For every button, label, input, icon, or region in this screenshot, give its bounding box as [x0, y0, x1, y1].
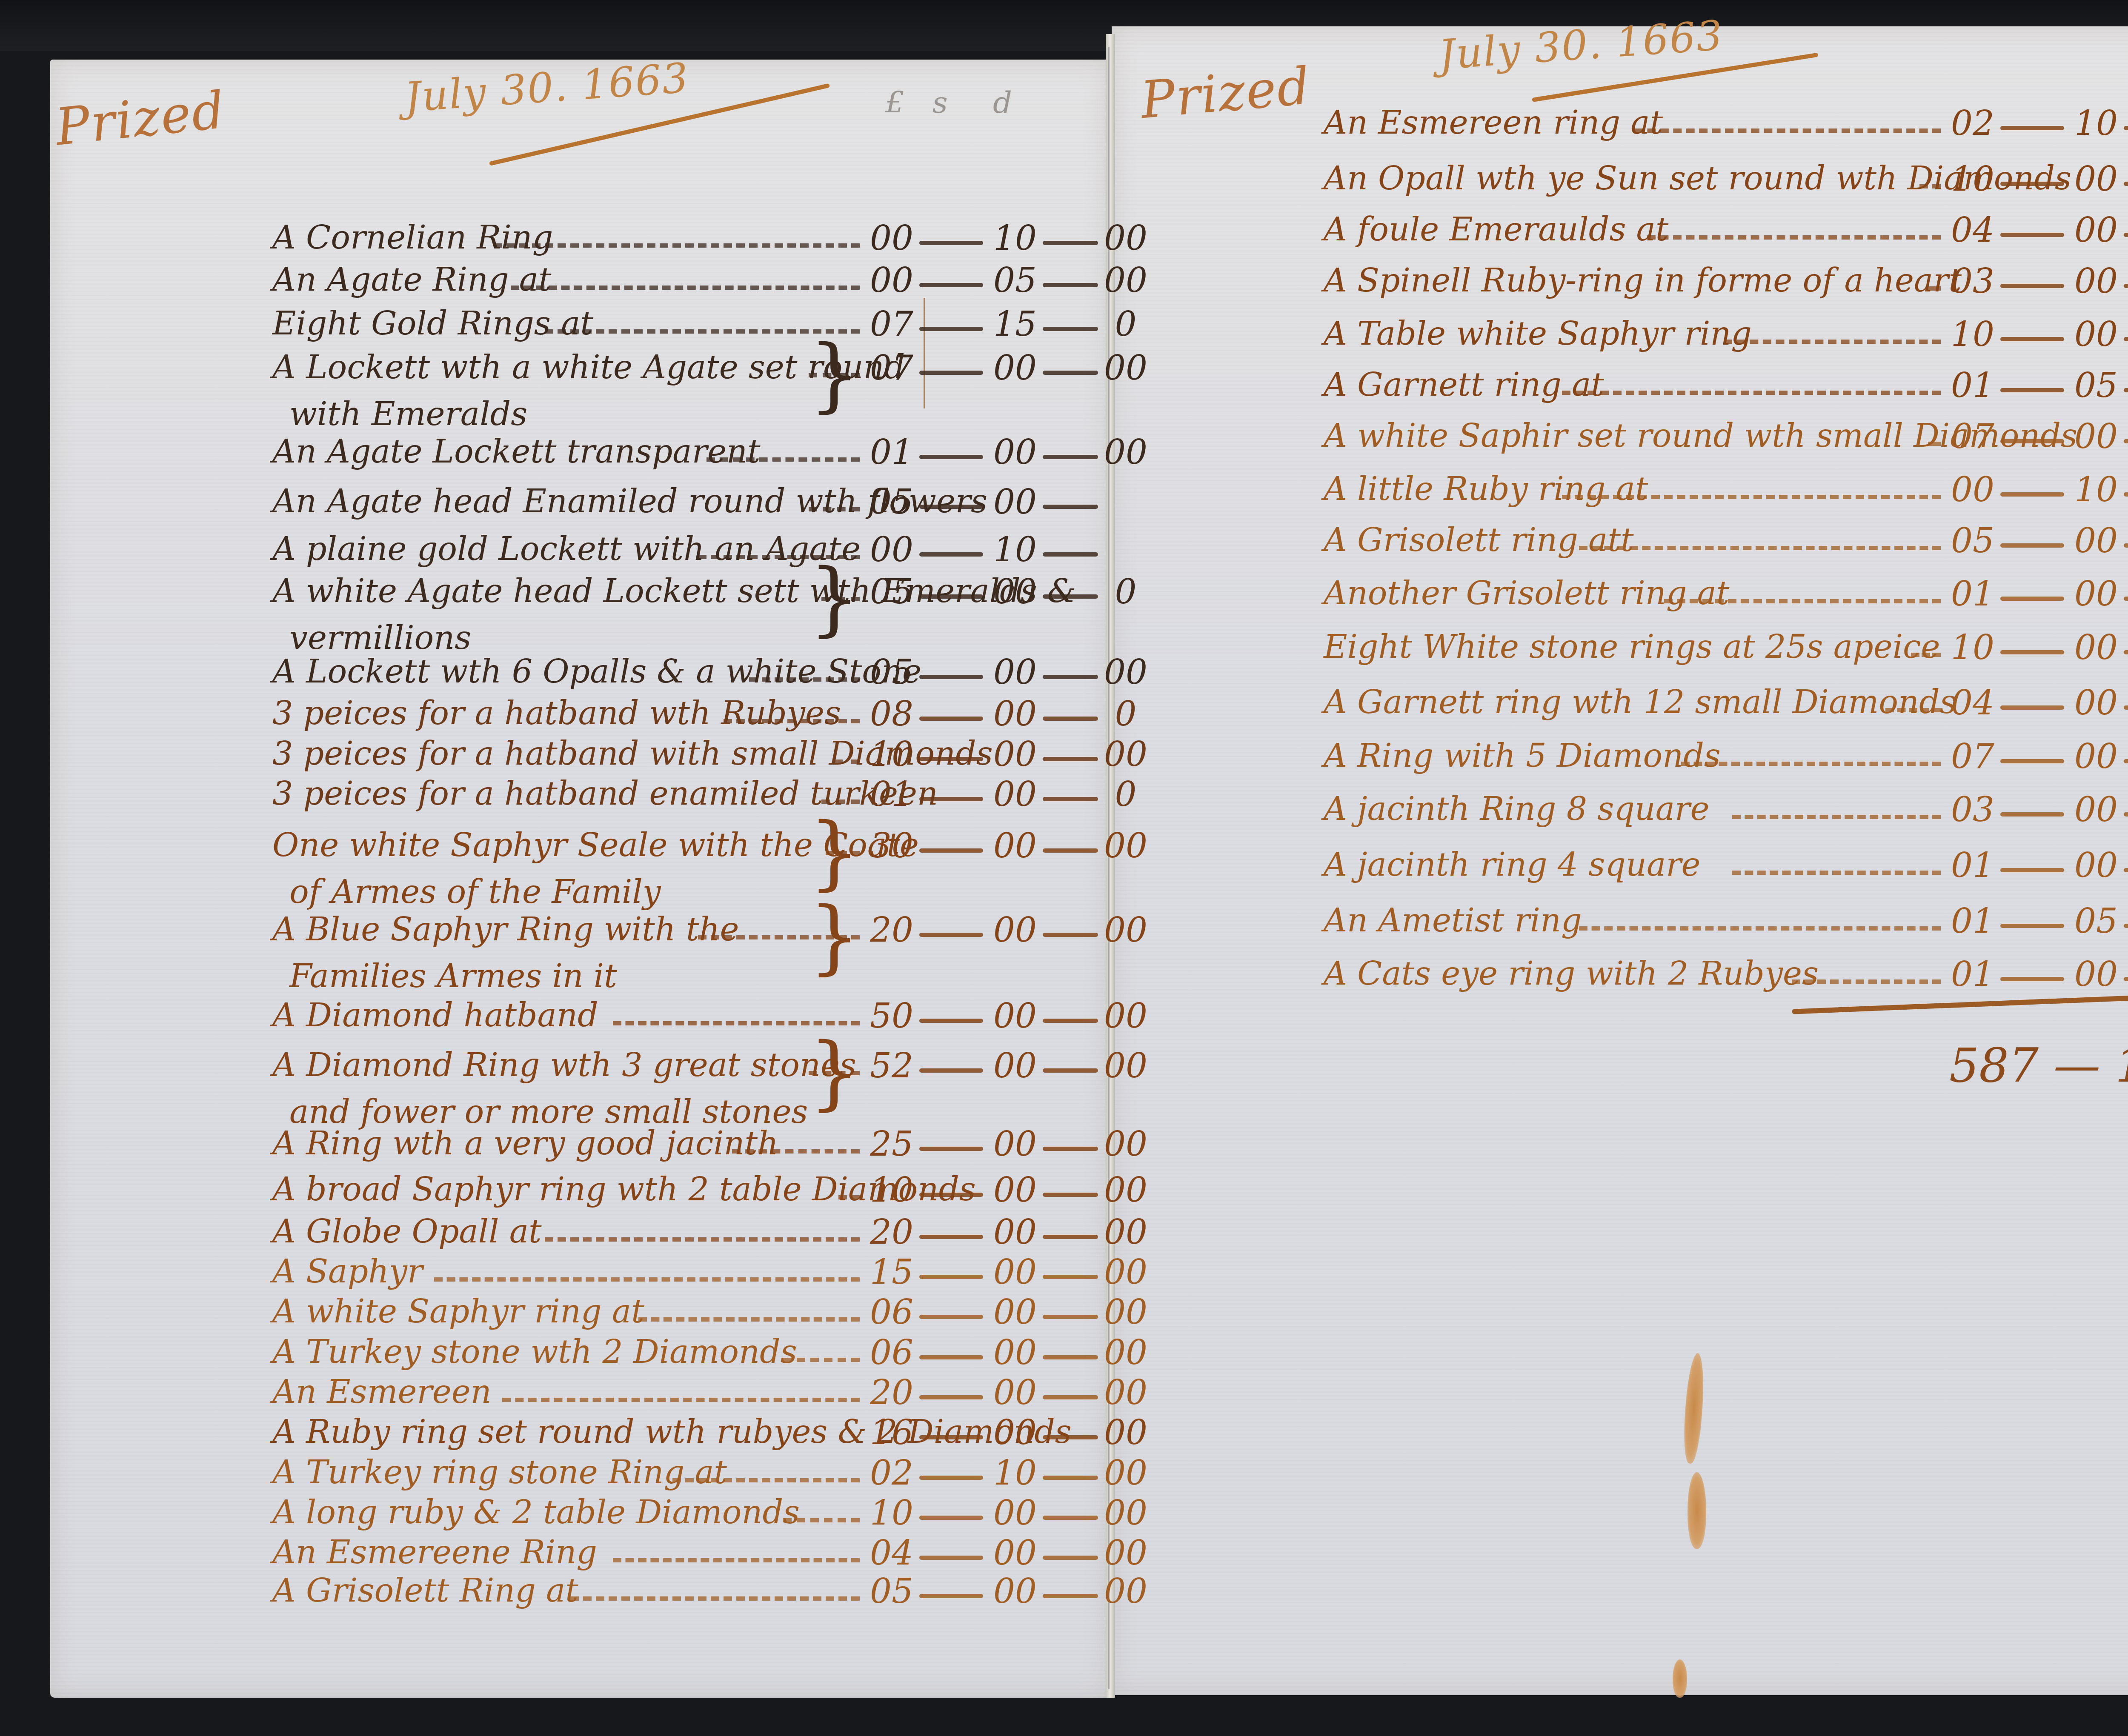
pounds-value: 20 [860, 1215, 924, 1249]
separator-dash [1043, 1476, 1098, 1480]
separator-dash [1043, 1193, 1098, 1197]
entry-description: 3 peices for a hatband wth Rubyes [272, 697, 841, 729]
pounds-value: 15 [860, 1255, 924, 1289]
pounds-value: 01 [860, 435, 924, 469]
separator-dash [919, 505, 983, 509]
entry-description: A Blue Saphyr Ring with the [272, 913, 739, 945]
leader-line [1732, 871, 1941, 875]
pence-value: 00 [1094, 1536, 1158, 1570]
pence-header: d [993, 85, 1013, 120]
separator-dash [2124, 650, 2128, 654]
entry-description: A Grisolett Ring at [272, 1574, 578, 1607]
pence-value: 00 [1094, 1336, 1158, 1370]
pounds-value: 52 [860, 1049, 924, 1083]
leader-line [638, 1317, 860, 1322]
separator-dash [919, 241, 983, 245]
separator-dash [2124, 492, 2128, 497]
separator-dash [2124, 812, 2128, 817]
pounds-value: 07 [860, 351, 924, 385]
pence-value: 00 [1094, 1127, 1158, 1161]
shillings-value: 00 [2064, 420, 2128, 454]
separator-dash [2124, 868, 2128, 872]
leader-line [783, 1358, 860, 1362]
shillings-value: 00 [983, 1173, 1047, 1207]
separator-dash [2124, 759, 2128, 763]
left-lsd-header: £ s d [885, 85, 1013, 120]
separator-dash [919, 552, 983, 557]
shillings-value: 00 [983, 913, 1047, 947]
entry-description-continued: vermillions [289, 622, 471, 654]
separator-dash [919, 1019, 983, 1023]
entry-description: A Diamond Ring wth 3 great stones [272, 1049, 856, 1081]
pounds-value: 10 [1941, 162, 2005, 196]
shillings-value: 00 [2064, 264, 2128, 298]
separator-dash [2000, 492, 2064, 497]
shillings-value: 00 [983, 435, 1047, 469]
pence-value: 00 [1094, 1255, 1158, 1289]
inventory-entry: A Lockett wth a white Agate set roundwit… [272, 351, 1081, 415]
entry-description: A Garnett ring wth 12 small Diamonds [1324, 686, 1956, 718]
entry-description: A Saphyr [272, 1255, 423, 1288]
leader-line [1634, 128, 1941, 133]
shillings-value: 00 [983, 697, 1047, 731]
entry-description: A long ruby & 2 table Diamonds [272, 1496, 800, 1528]
pounds-value: 10 [860, 737, 924, 771]
separator-dash [2000, 439, 2064, 443]
shillings-value: 15 [983, 307, 1047, 341]
shillings-header: s [932, 85, 949, 120]
pence-value: 0 [1094, 777, 1158, 811]
leader-line [1647, 235, 1941, 240]
separator-dash [1043, 371, 1098, 375]
shillings-value: 10 [2064, 106, 2128, 140]
pounds-value: 25 [860, 1127, 924, 1161]
pounds-value: 03 [1941, 793, 2005, 827]
inventory-entry: A Diamond Ring wth 3 great stonesand fow… [272, 1049, 1081, 1113]
entry-description: An Esmereen ring at [1324, 106, 1663, 139]
ink-stain [1673, 1659, 1687, 1698]
pounds-value: 16 [860, 1416, 924, 1450]
pence-value: 0 [1094, 307, 1158, 341]
separator-dash [919, 1395, 983, 1399]
pence-value: 00 [1094, 1215, 1158, 1249]
shillings-value: 00 [983, 1416, 1047, 1450]
leader-line [821, 597, 860, 601]
separator-dash [1043, 1068, 1098, 1073]
entry-description-continued: and fower or more small stones [289, 1096, 808, 1128]
separator-dash [919, 717, 983, 721]
separator-dash [2124, 977, 2128, 981]
shillings-value: 10 [2064, 473, 2128, 507]
separator-dash [2000, 182, 2064, 186]
pence-value: 00 [1094, 655, 1158, 689]
pounds-value: 01 [1941, 577, 2005, 611]
shillings-value: 00 [983, 655, 1047, 689]
leader-line [545, 1237, 860, 1242]
separator-dash [919, 757, 983, 761]
entry-description: A jacinth Ring 8 square [1324, 793, 1709, 825]
leader-line [706, 457, 860, 462]
pounds-value: 01 [860, 777, 924, 811]
separator-dash [919, 1235, 983, 1239]
shillings-value: 00 [2064, 524, 2128, 558]
grand-total: 587 — 15 — 00 [1949, 1038, 2128, 1093]
separator-dash [2000, 759, 2064, 763]
pounds-value: 05 [1941, 524, 2005, 558]
shillings-value: 00 [983, 575, 1047, 609]
separator-dash [919, 1435, 983, 1439]
separator-dash [1043, 1435, 1098, 1439]
entry-description: An Agate Lockett transparent [272, 435, 760, 468]
separator-dash [919, 1315, 983, 1319]
pounds-value: 00 [860, 263, 924, 297]
separator-dash [919, 1068, 983, 1073]
pence-value: 0 [1094, 697, 1158, 731]
separator-dash [1043, 1235, 1098, 1239]
leader-line [1732, 815, 1941, 819]
separator-dash [1043, 1275, 1098, 1279]
entry-description-continued: with Emeralds [289, 398, 527, 430]
pence-value: 00 [1094, 435, 1158, 469]
separator-dash [919, 1193, 983, 1197]
entry-description-continued: Families Armes in it [289, 960, 617, 992]
separator-dash [1043, 1395, 1098, 1399]
leader-line [1911, 653, 1941, 657]
leader-line [834, 759, 860, 764]
leader-line [1562, 391, 1941, 395]
leader-line [494, 243, 860, 248]
separator-dash [2000, 337, 2064, 341]
separator-dash [1043, 1147, 1098, 1151]
leader-line [783, 1518, 860, 1522]
shillings-value: 05 [2064, 904, 2128, 938]
entry-description: A Turkey stone wth 2 Diamonds [272, 1336, 797, 1368]
pence-value: 00 [1094, 737, 1158, 771]
entry-description: A Table white Saphyr ring [1324, 317, 1752, 350]
pence-value: 00 [1094, 999, 1158, 1033]
entry-description: An Esmereen [272, 1376, 492, 1408]
separator-dash [1043, 797, 1098, 801]
leader-line [502, 1398, 860, 1402]
separator-dash [919, 1275, 983, 1279]
pounds-value: 07 [860, 307, 924, 341]
separator-dash [2124, 924, 2128, 928]
separator-dash [919, 594, 983, 599]
pounds-value: 00 [1941, 473, 2005, 507]
leader-line [613, 1558, 860, 1562]
separator-dash [2000, 705, 2064, 710]
leader-line [724, 719, 860, 723]
separator-dash [2000, 233, 2064, 237]
shillings-value: 00 [2064, 740, 2128, 774]
separator-dash [919, 1516, 983, 1520]
shillings-value: 00 [2064, 957, 2128, 991]
separator-dash [2124, 597, 2128, 601]
separator-dash [1043, 594, 1098, 599]
separator-dash [2000, 126, 2064, 130]
entry-description: A Diamond hatband [272, 999, 598, 1031]
entry-description: A Grisolett ring att [1324, 524, 1633, 556]
shillings-value: 00 [983, 1255, 1047, 1289]
shillings-value: 00 [983, 1376, 1047, 1410]
pounds-value: 01 [1941, 848, 2005, 882]
entry-description: Another Grisolett ring at [1324, 577, 1729, 609]
shillings-value: 00 [2064, 686, 2128, 720]
pounds-value: 10 [860, 1496, 924, 1530]
separator-dash [919, 1355, 983, 1359]
leader-line [732, 1149, 860, 1154]
shillings-value: 10 [983, 221, 1047, 255]
shillings-value: 10 [983, 1456, 1047, 1490]
shillings-value: 00 [983, 1574, 1047, 1608]
shillings-value: 05 [983, 263, 1047, 297]
leader-line [809, 373, 860, 377]
separator-dash [1043, 1355, 1098, 1359]
separator-dash [919, 848, 983, 853]
pounds-value: 30 [860, 829, 924, 863]
shillings-value: 00 [2064, 631, 2128, 665]
separator-dash [2124, 439, 2128, 443]
shillings-value: 00 [983, 999, 1047, 1033]
separator-dash [919, 1556, 983, 1560]
leader-line [1579, 546, 1941, 550]
leader-line [698, 935, 860, 939]
separator-dash [919, 283, 983, 287]
entry-description: A Garnett ring at [1324, 368, 1604, 401]
shillings-value: 00 [2064, 577, 2128, 611]
separator-dash [2124, 543, 2128, 548]
separator-dash [2000, 868, 2064, 872]
separator-dash [919, 327, 983, 331]
entry-description: Eight Gold Rings at [272, 307, 593, 340]
pounds-value: 10 [1941, 631, 2005, 665]
pence-value: 00 [1094, 1376, 1158, 1410]
inventory-entry: A Cats eye ring with 2 Rubyes010000 [1324, 957, 2128, 1021]
leader-line [1664, 599, 1941, 603]
pounds-value: 05 [860, 575, 924, 609]
leader-line [838, 1195, 860, 1199]
pounds-value: 07 [1941, 740, 2005, 774]
entry-description: A little Ruby ring at [1324, 473, 1648, 505]
leader-line [809, 507, 860, 511]
pounds-value: 03 [1941, 264, 2005, 298]
entry-description: A jacinth ring 4 square [1324, 848, 1701, 881]
inventory-entry: One white Saphyr Seale with the Coateof … [272, 829, 1081, 893]
ink-stain [1688, 1472, 1706, 1549]
separator-dash [2124, 388, 2128, 392]
separator-dash [1043, 327, 1098, 331]
pounds-value: 10 [860, 1173, 924, 1207]
separator-dash [1043, 505, 1098, 509]
leader-line [821, 799, 860, 804]
entry-description: A Globe Opall at [272, 1215, 542, 1248]
leader-line [434, 1277, 860, 1282]
separator-dash [919, 371, 983, 375]
pounds-value: 01 [1941, 904, 2005, 938]
separator-dash [1043, 1019, 1098, 1023]
shillings-value: 00 [983, 1295, 1047, 1329]
shillings-value: 00 [2064, 213, 2128, 247]
leader-line [1928, 442, 1941, 446]
separator-dash [1043, 717, 1098, 721]
entry-description-continued: of Armes of the Family [289, 876, 661, 908]
entry-description: A Cats eye ring with 2 Rubyes [1324, 957, 1819, 990]
separator-dash [2124, 337, 2128, 341]
pounds-value: 07 [1941, 420, 2005, 454]
separator-dash [2124, 705, 2128, 710]
separator-dash [2124, 182, 2128, 186]
entry-description: A Turkey ring stone Ring at [272, 1456, 727, 1488]
leader-line [1919, 184, 1941, 188]
pence-value: 00 [1094, 1173, 1158, 1207]
pounds-value: 04 [1941, 686, 2005, 720]
separator-dash [2000, 388, 2064, 392]
separator-dash [2000, 597, 2064, 601]
pence-value: 00 [1094, 1416, 1158, 1450]
separator-dash [919, 1476, 983, 1480]
pounds-header: £ [885, 85, 905, 120]
shillings-value: 00 [983, 485, 1047, 519]
pounds-value: 06 [860, 1336, 924, 1370]
leader-line [809, 1071, 860, 1075]
pounds-value: 10 [1941, 317, 2005, 351]
entry-description: A Spinell Ruby-ring in forme of a heart [1324, 264, 1962, 297]
shillings-value: 00 [983, 1336, 1047, 1370]
inventory-entry: A white Agate head Lockett sett wth Emer… [272, 575, 1081, 639]
leader-line [570, 1596, 860, 1601]
shillings-value: 00 [983, 351, 1047, 385]
entry-description: Eight White stone rings at 25s apeice [1324, 631, 1940, 663]
pence-value: 00 [1094, 913, 1158, 947]
pounds-value: 05 [860, 1574, 924, 1608]
separator-dash [2124, 284, 2128, 288]
leader-line [1681, 762, 1941, 766]
separator-dash [2000, 543, 2064, 548]
separator-dash [1043, 675, 1098, 679]
pounds-value: 01 [1941, 368, 2005, 403]
leader-line [1724, 340, 1941, 344]
separator-dash [1043, 1594, 1098, 1598]
pounds-value: 00 [860, 533, 924, 567]
pence-value: 00 [1094, 221, 1158, 255]
shillings-value: 00 [983, 777, 1047, 811]
separator-dash [2000, 977, 2064, 981]
pence-value: 00 [1094, 263, 1158, 297]
entry-description: A Ring wth a very good jacinth [272, 1127, 778, 1159]
pounds-value: 20 [860, 913, 924, 947]
separator-dash [1043, 283, 1098, 287]
leader-line [749, 677, 860, 682]
separator-dash [1043, 848, 1098, 853]
entry-description: A Lockett wth 6 Opalls & a white Stone [272, 655, 921, 688]
shillings-value: 00 [2064, 162, 2128, 196]
separator-dash [2000, 924, 2064, 928]
separator-dash [2000, 284, 2064, 288]
pence-value: 00 [1094, 1049, 1158, 1083]
shillings-value: 00 [2064, 317, 2128, 351]
entry-description: An Esmereene Ring [272, 1536, 597, 1568]
entry-description: A foule Emeraulds at [1324, 213, 1668, 246]
entry-description: A plaine gold Lockett with an Agate [272, 533, 861, 565]
shillings-value: 00 [983, 1127, 1047, 1161]
separator-dash [1043, 757, 1098, 761]
pounds-value: 02 [860, 1456, 924, 1490]
entry-description: A white Agate head Lockett sett wth Emer… [272, 575, 1076, 607]
entry-description: An Agate Ring at [272, 263, 552, 296]
shillings-value: 00 [983, 1049, 1047, 1083]
separator-dash [1043, 1556, 1098, 1560]
inventory-entry: A Blue Saphyr Ring with theFamilies Arme… [272, 913, 1081, 977]
pence-value: 00 [1094, 829, 1158, 863]
pounds-value: 04 [860, 1536, 924, 1570]
pounds-value: 06 [860, 1295, 924, 1329]
separator-dash [1043, 933, 1098, 937]
shillings-value: 05 [2064, 368, 2128, 403]
pounds-value: 01 [1941, 957, 2005, 991]
shillings-value: 00 [983, 829, 1047, 863]
separator-dash [2124, 233, 2128, 237]
inventory-entry: A Grisolett Ring at050000 [272, 1574, 1081, 1638]
shillings-value: 00 [2064, 848, 2128, 882]
pounds-value: 05 [860, 655, 924, 689]
pounds-value: 00 [860, 221, 924, 255]
pounds-value: 04 [1941, 213, 2005, 247]
separator-dash [2124, 126, 2128, 130]
pence-value: 00 [1094, 351, 1158, 385]
pounds-value: 50 [860, 999, 924, 1033]
pence-value: 00 [1094, 1295, 1158, 1329]
shillings-value: 00 [983, 737, 1047, 771]
pence-value: 00 [1094, 1456, 1158, 1490]
shillings-value: 10 [983, 533, 1047, 567]
entry-description: A white Saphyr ring at [272, 1295, 644, 1328]
separator-dash [1043, 1516, 1098, 1520]
shillings-value: 00 [983, 1215, 1047, 1249]
separator-dash [1043, 1315, 1098, 1319]
pounds-value: 08 [860, 697, 924, 731]
separator-dash [1043, 552, 1098, 557]
separator-dash [1043, 241, 1098, 245]
pence-value: 0 [1094, 575, 1158, 609]
separator-dash [919, 675, 983, 679]
shillings-value: 00 [2064, 793, 2128, 827]
separator-dash [2000, 812, 2064, 817]
pounds-value: 20 [860, 1376, 924, 1410]
leader-line [1885, 708, 1941, 712]
leader-line [672, 1478, 860, 1482]
separator-dash [1043, 455, 1098, 459]
shillings-value: 00 [983, 1496, 1047, 1530]
entry-description: A Cornelian Ring [272, 221, 553, 254]
leader-line [1792, 979, 1941, 984]
leader-line [826, 851, 860, 855]
separator-dash [919, 1147, 983, 1151]
entry-description: A Ruby ring set round wth rubyes & 2 Dia… [272, 1416, 1072, 1448]
pounds-value: 02 [1941, 106, 2005, 140]
separator-dash [919, 1594, 983, 1598]
entry-description: A Ring with 5 Diamonds [1324, 740, 1721, 772]
shillings-value: 00 [983, 1536, 1047, 1570]
leader-line [511, 286, 860, 290]
pounds-value: 05 [860, 485, 924, 519]
pence-value: 00 [1094, 1496, 1158, 1530]
separator-dash [919, 797, 983, 801]
leader-line [1579, 926, 1941, 931]
separator-dash [2000, 650, 2064, 654]
separator-dash [919, 455, 983, 459]
separator-dash [919, 933, 983, 937]
entry-description: An Ametist ring [1324, 904, 1582, 937]
